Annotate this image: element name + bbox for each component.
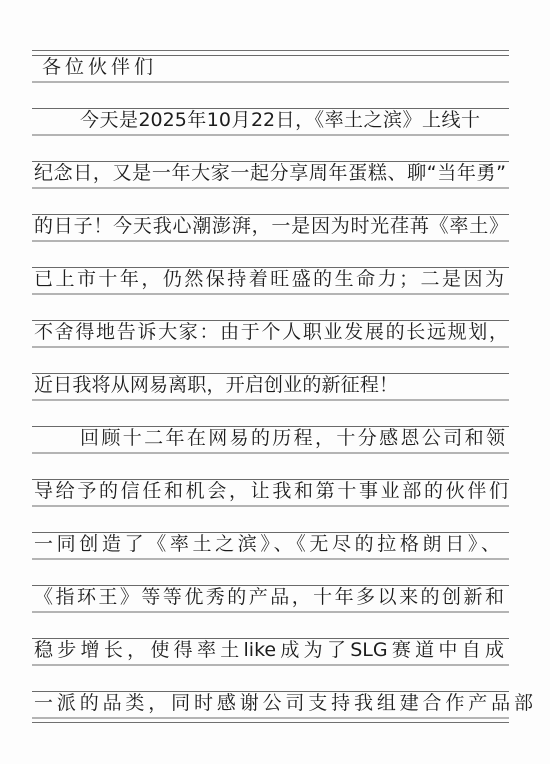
letter-line: 今天是2025年10月22日，《率土之滨》上线十周年 (80, 107, 480, 133)
letter-line: 不舍得地告诉大家：由于个人职业发展的长远规划， (34, 319, 508, 345)
letter-paper: 各位伙伴们 今天是2025年10月22日，《率土之滨》上线十周年 纪念日，又是一… (0, 0, 550, 764)
letter-line: 稳步增长，使得率土like成为了SLG赛道中自成 (34, 637, 504, 663)
letter-line: 近日我将从网易离职，开启创业的新征程！ (34, 372, 398, 398)
letter-line: 导给予的信任和机会，让我和第十事业部的伙伴们 (34, 478, 508, 504)
letter-line: 回顾十二年在网易的历程，十分感恩公司和领 (80, 425, 505, 451)
letter-line: 的日子！今天我心潮澎湃，一是因为时光荏苒《率土》 (34, 213, 508, 239)
letter-line: 一同创造了《率土之滨》、《无尽的拉格朗日》、 (34, 531, 500, 557)
letter-greeting: 各位伙伴们 (42, 54, 162, 80)
bottom-margin-rule (32, 722, 509, 723)
letter-line: 已上市十年，仍然保持着旺盛的生命力；二是因为 (34, 266, 504, 292)
letter-line: 纪念日，又是一年大家一起分享周年蛋糕、聊“当年勇” (34, 160, 506, 186)
top-margin-rule (32, 50, 509, 51)
letter-line: 一派的品类，同时感谢公司支持我组建合作产品部 (34, 690, 533, 716)
letter-line: 《指环王》等等优秀的产品，十年多以来的创新和 (34, 584, 504, 610)
